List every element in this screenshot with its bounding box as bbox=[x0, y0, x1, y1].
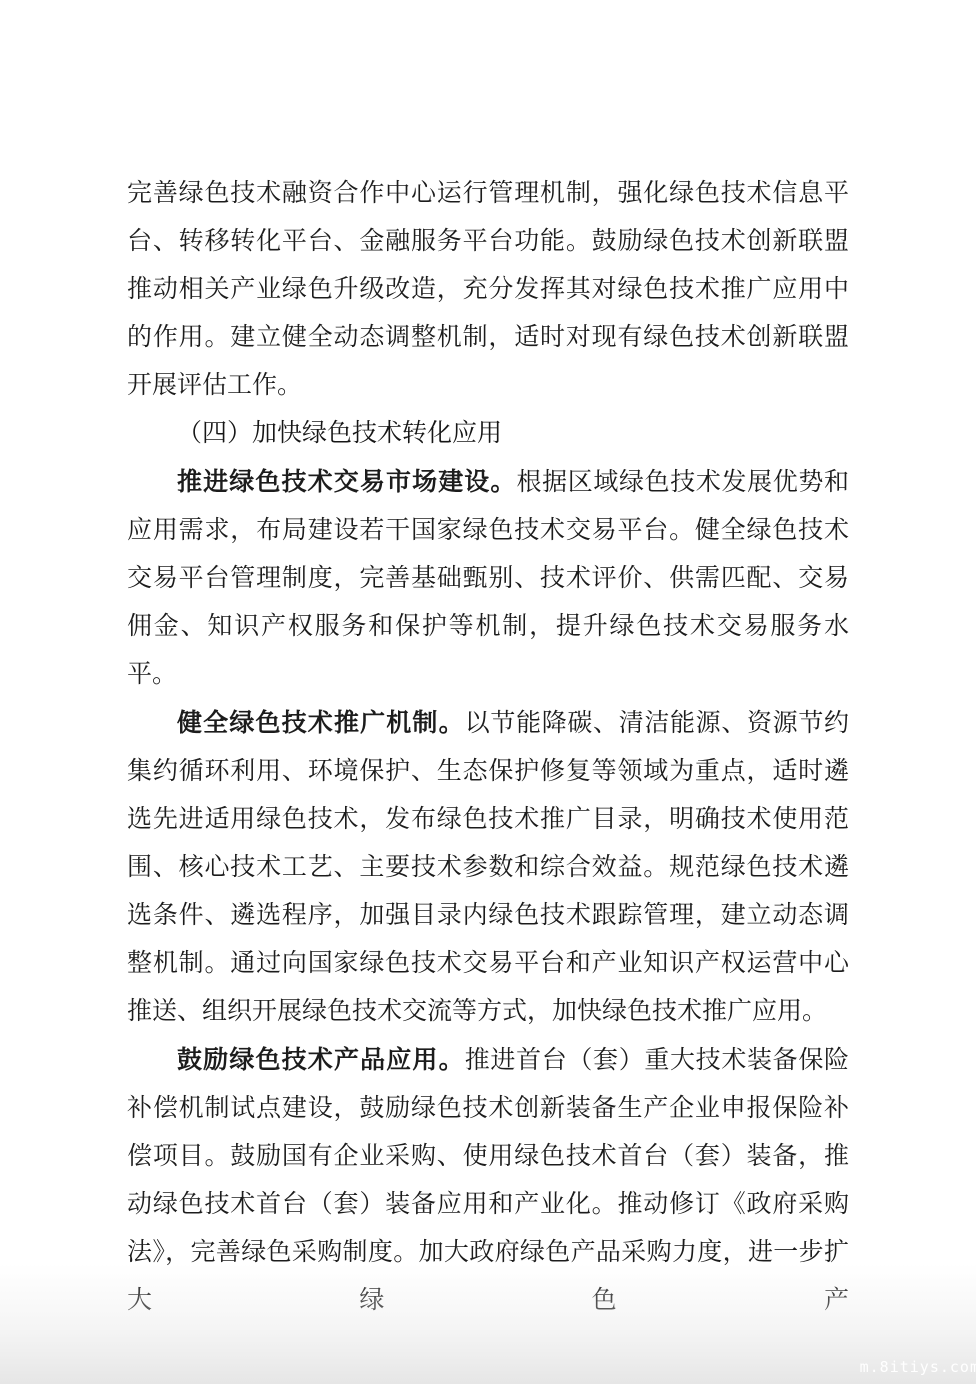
paragraph-market-construction: 推进绿色技术交易市场建设。根据区域绿色技术发展优势和应用需求，布局建设若干国家绿… bbox=[127, 458, 849, 699]
paragraph-lead: 健全绿色技术推广机制。 bbox=[177, 709, 465, 737]
paragraph-text: 推进首台（套）重大技术装备保险补偿机制试点建设，鼓励绿色技术创新装备生产企业申报… bbox=[127, 1047, 849, 1314]
paragraph-lead: 推进绿色技术交易市场建设。 bbox=[177, 468, 517, 496]
document-body: 完善绿色技术融资合作中心运行管理机制，强化绿色技术信息平台、转移转化平台、金融服… bbox=[127, 0, 849, 1325]
paragraph-product-application: 鼓励绿色技术产品应用。推进首台（套）重大技术装备保险补偿机制试点建设，鼓励绿色技… bbox=[127, 1036, 849, 1325]
paragraph-text: 以节能降碳、清洁能源、资源节约集约循环利用、环境保护、生态保护修复等领域为重点，… bbox=[127, 710, 849, 1025]
document-page: 完善绿色技术融资合作中心运行管理机制，强化绿色技术信息平台、转移转化平台、金融服… bbox=[0, 0, 976, 1384]
section-heading: （四）加快绿色技术转化应用 bbox=[127, 410, 849, 458]
paragraph-lead: 鼓励绿色技术产品应用。 bbox=[177, 1046, 465, 1074]
paragraph-continuation: 完善绿色技术融资合作中心运行管理机制，强化绿色技术信息平台、转移转化平台、金融服… bbox=[127, 170, 849, 410]
watermark-text: m.8itiys.com bbox=[860, 1358, 976, 1376]
paragraph-promotion-mechanism: 健全绿色技术推广机制。以节能降碳、清洁能源、资源节约集约循环利用、环境保护、生态… bbox=[127, 699, 849, 1036]
paragraph-text: 根据区域绿色技术发展优势和应用需求，布局建设若干国家绿色技术交易平台。健全绿色技… bbox=[127, 469, 849, 688]
